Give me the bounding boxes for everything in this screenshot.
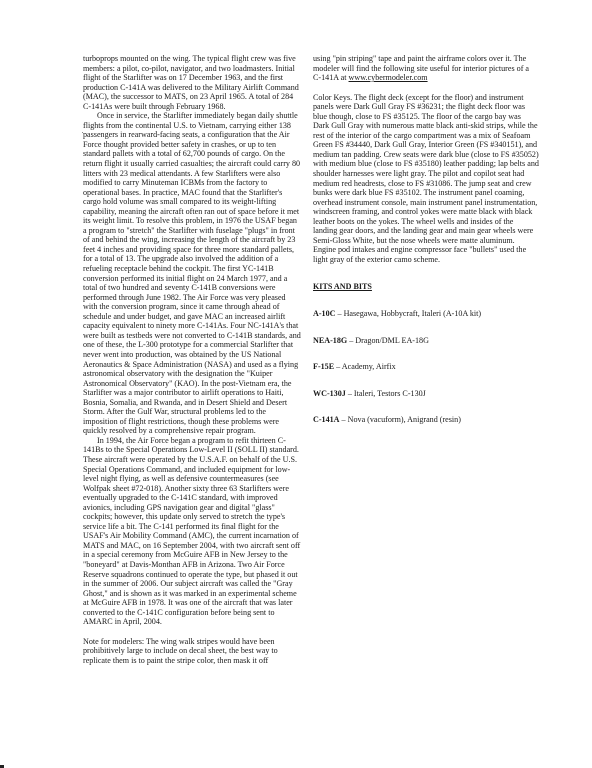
scan-speck bbox=[82, 132, 83, 133]
kit-item: WC-130J – Italeri, Testors C-130J bbox=[313, 389, 539, 399]
kit-name: WC-130J bbox=[313, 389, 346, 398]
kits-heading: KITS AND BITS bbox=[313, 282, 539, 292]
kit-name: C-141A bbox=[313, 415, 340, 424]
kit-item: C-141A – Nova (vacuform), Anigrand (resi… bbox=[313, 415, 539, 425]
kit-name: F-15E bbox=[313, 362, 334, 371]
color-keys-paragraph: Color Keys. The flight deck (except for … bbox=[313, 93, 539, 265]
kit-item: A-10C – Hasegawa, Hobbycraft, Italeri (A… bbox=[313, 309, 539, 319]
kit-sources: – Academy, Airfix bbox=[334, 362, 396, 371]
kit-item: F-15E – Academy, Airfix bbox=[313, 362, 539, 372]
history-paragraph-3: In 1994, the Air Force began a program t… bbox=[83, 436, 301, 627]
kit-sources: – Hasegawa, Hobbycraft, Italeri (A-10A k… bbox=[335, 309, 481, 318]
history-paragraph-1: turboprops mounted on the wing. The typi… bbox=[83, 54, 301, 111]
cybermodeler-link[interactable]: www.cybermodeler.com bbox=[349, 73, 428, 82]
kit-name: A-10C bbox=[313, 309, 335, 318]
modeler-note: Note for modelers: The wing walk stripes… bbox=[83, 637, 301, 666]
kit-sources: – Dragon/DML EA-18G bbox=[347, 336, 429, 345]
kit-sources: – Italeri, Testors C-130J bbox=[346, 389, 426, 398]
intro-paragraph: using "pin striping" tape and paint the … bbox=[313, 54, 539, 83]
kit-sources: – Nova (vacuform), Anigrand (resin) bbox=[340, 415, 461, 424]
right-column: using "pin striping" tape and paint the … bbox=[313, 54, 539, 425]
kit-name: NEA-18G bbox=[313, 336, 347, 345]
kit-item: NEA-18G – Dragon/DML EA-18G bbox=[313, 336, 539, 346]
left-column: turboprops mounted on the wing. The typi… bbox=[83, 54, 301, 665]
history-paragraph-2: Once in service, the Starlifter immediat… bbox=[83, 111, 301, 436]
